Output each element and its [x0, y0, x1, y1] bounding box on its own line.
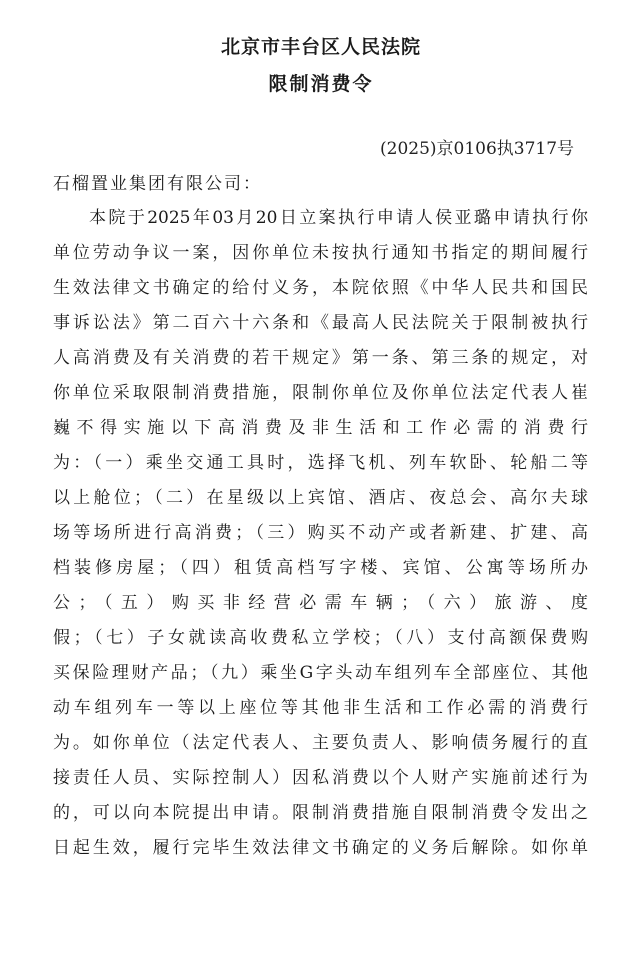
body-line: 动车组列车一等以上座位等其他非生活和工作必需的消费行: [53, 695, 588, 730]
body-paragraph: 本院于2025年03月20日立案执行申请人侯亚璐申请执行你 单位劳动争议一案，因…: [53, 205, 588, 870]
body-line: 单位劳动争议一案，因你单位未按执行通知书指定的期间履行: [53, 240, 588, 275]
body-line: 接责任人员、实际控制人）因私消费以个人财产实施前述行为: [53, 765, 588, 800]
body-line: 人高消费及有关消费的若干规定》第一条、第三条的规定，对: [53, 345, 588, 380]
court-name: 北京市丰台区人民法院: [0, 32, 642, 59]
body-line: 假；（七）子女就读高收费私立学校；（八）支付高额保费购: [53, 625, 588, 660]
body-line: 为。如你单位（法定代表人、主要负责人、影响债务履行的直: [53, 730, 588, 765]
body-line: 生效法律文书确定的给付义务，本院依照《中华人民共和国民: [53, 275, 588, 310]
body-line: 的，可以向本院提出申请。限制消费措施自限制消费令发出之: [53, 800, 588, 835]
body-line: 买保险理财产品；（九）乘坐G字头动车组列车全部座位、其他: [53, 660, 588, 695]
body-line: 本院于2025年03月20日立案执行申请人侯亚璐申请执行你: [53, 205, 588, 240]
body-line: 日起生效，履行完毕生效法律文书确定的义务后解除。如你单: [53, 835, 588, 870]
document-title: 限制消费令: [0, 69, 642, 96]
body-line: 事诉讼法》第二百六十六条和《最高人民法院关于限制被执行: [53, 310, 588, 345]
body-line: 巍不得实施以下高消费及非生活和工作必需的消费行: [53, 415, 588, 450]
body-line: 你单位采取限制消费措施，限制你单位及你单位法定代表人崔: [53, 380, 588, 415]
body-line: 场等场所进行高消费；（三）购买不动产或者新建、扩建、高: [53, 520, 588, 555]
body-line: 以上舱位；（二）在星级以上宾馆、酒店、夜总会、高尔夫球: [53, 485, 588, 520]
case-number: (2025)京0106执3717号: [380, 134, 574, 159]
body-line: 为：（一）乘坐交通工具时，选择飞机、列车软卧、轮船二等: [53, 450, 588, 485]
body-line: 公；（五）购买非经营必需车辆；（六）旅游、度: [53, 590, 588, 625]
body-line: 档装修房屋；（四）租赁高档写字楼、宾馆、公寓等场所办: [53, 555, 588, 590]
addressee: 石榴置业集团有限公司：: [53, 169, 262, 194]
